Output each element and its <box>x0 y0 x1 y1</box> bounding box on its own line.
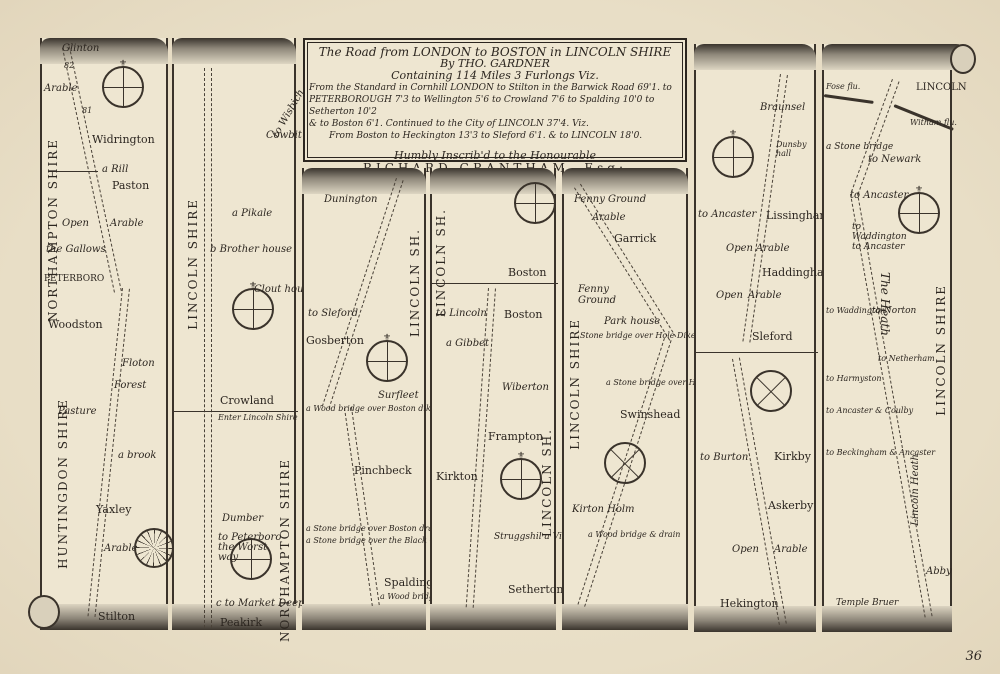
place-label: Stone bridge over Hole Dike <box>580 331 696 340</box>
strip-7: ⚜ Fose flu. LINCOLN Witham flu. a Stone … <box>822 44 952 632</box>
place-label: Wiberton <box>502 382 549 393</box>
place-label: to Burton <box>700 452 748 463</box>
compass-rose-icon: ⚜ <box>500 458 542 500</box>
scroll-top <box>302 168 426 194</box>
page-number: 36 <box>965 649 982 664</box>
scroll-bottom <box>562 604 688 630</box>
town-label: Frampton <box>488 430 543 443</box>
place-label: a Stone bridge <box>826 142 893 152</box>
city-label: LINCOLN <box>916 82 967 93</box>
place-label: Dumber <box>222 513 263 524</box>
section-divider <box>432 283 558 284</box>
compass-rose-icon: ⚜ <box>366 340 408 382</box>
town-label: Widrington <box>92 133 155 146</box>
town-label: Stilton <box>98 610 135 623</box>
place-label: Enter Lincoln Shire <box>218 413 298 422</box>
town-label: Yaxley <box>96 503 131 516</box>
strip-4: ⚜ Boston to Lincoln Boston a Gibbet Wibe… <box>430 168 556 630</box>
place-label: Forest <box>114 380 146 391</box>
place-label: Open <box>732 544 759 555</box>
road <box>344 407 380 606</box>
county-label: LINCOLN SH. <box>540 428 554 537</box>
place-label: b Brother house <box>210 244 292 255</box>
town-label: Setherton <box>508 583 563 596</box>
scroll-end-roll <box>950 44 976 74</box>
place-label: to Sleford <box>308 308 358 319</box>
county-label: NORTHAMPTON SHIRE <box>278 458 292 642</box>
scroll-top <box>40 38 168 64</box>
wind-rose-icon <box>134 528 174 568</box>
compass-rose-icon <box>595 433 654 492</box>
town-label: Hekington <box>720 597 779 610</box>
route-detail-1: From the Standard in Cornhill LONDON to … <box>305 82 685 94</box>
road <box>204 68 212 628</box>
scroll-end-roll <box>28 595 60 629</box>
town-label: Sleford <box>752 330 793 343</box>
place-label: a Pikale <box>232 208 272 219</box>
compass-rose-icon <box>741 361 800 420</box>
road <box>466 288 496 608</box>
place-label: a Wood bridge over Boston dike <box>306 404 436 413</box>
town-label: Crowland <box>220 394 274 407</box>
route-detail-2: PETERBOROUGH 7'3 to Wellington 5'6 to Cr… <box>305 94 685 118</box>
town-label: Spalding <box>384 576 433 589</box>
route-detail-4: From Boston to Heckington 13'3 to Slefor… <box>305 130 685 142</box>
place-label: to Ancaster & Coulby <box>826 406 913 415</box>
county-label: LINCOLN SHIRE <box>934 284 948 416</box>
place-label: a Wood bridge & drain <box>588 530 680 539</box>
town-label: Garrick <box>614 232 656 245</box>
strip-5: Fenny Ground Arable Garrick Fenny Ground… <box>562 168 688 630</box>
place-label: Park house <box>604 316 660 327</box>
scroll-top <box>822 44 970 70</box>
town-label: Lissingham <box>766 209 830 222</box>
place-label: a Rill <box>102 164 128 175</box>
place-label: Fenny Ground <box>574 194 646 205</box>
strip-3: ⚜ Dunington to Sleford Gosberton Surflee… <box>302 168 426 630</box>
fose-river <box>824 94 874 104</box>
place-label: Kirton Holm <box>572 504 635 515</box>
place-label: Open <box>62 218 89 229</box>
place-label: Fose flu. <box>826 82 860 91</box>
place-label: Arable <box>592 212 625 223</box>
county-label: HUNTINGDON SHIRE <box>56 398 70 569</box>
town-label: Kirkby <box>774 450 811 463</box>
place-label: Open <box>726 243 753 254</box>
place-label: Arable <box>104 543 137 554</box>
town-label: Boston <box>504 308 542 321</box>
town-label: Pinchbeck <box>354 464 412 477</box>
strip-6: ⚜ Braunsel Dunsby hall to Ancaster Lissi… <box>694 44 816 632</box>
place-label: a brook <box>118 450 156 461</box>
place-label: Arable <box>748 290 781 301</box>
place-label: to Ancaster <box>850 190 908 201</box>
place-label: Arable <box>756 243 789 254</box>
scroll-bottom <box>822 606 952 632</box>
heath-label: Lincoln Heath <box>910 454 921 526</box>
county-label: LINCOLN SHIRE <box>186 198 200 330</box>
county-label: NORTHAMPTON SHIRE <box>46 138 60 322</box>
place-label: Surfleet <box>378 390 419 401</box>
road <box>851 79 900 194</box>
town-label: Boston <box>508 266 546 279</box>
place-label: Arable <box>774 544 807 555</box>
town-label: Paston <box>112 179 149 192</box>
mile-marker: 82 <box>64 61 74 70</box>
compass-rose-icon <box>514 182 556 224</box>
place-label: Open <box>716 290 743 301</box>
town-label: Peakirk <box>220 616 262 629</box>
place-label: Braunsel <box>760 102 805 113</box>
place-label: to Harmyston <box>826 374 882 383</box>
place-label: Temple Bruer <box>836 598 898 608</box>
place-label: a Stone bridge over the Black Graft <box>306 536 451 545</box>
map-distance: Containing 114 Miles 3 Furlongs Viz. <box>305 70 685 82</box>
heath-label: The Heath <box>878 272 892 336</box>
place-label: Dunington <box>324 194 377 205</box>
strip-2: ⚜ to Wisbich Cowbit a Pikale b Brother h… <box>172 38 296 630</box>
mile-marker: 81 <box>82 106 92 115</box>
county-label: LINCOLN SHIRE <box>568 318 582 450</box>
county-label: LINCOLN SH. <box>434 208 448 317</box>
town-label: Gosberton <box>306 334 364 347</box>
compass-rose-icon: ⚜ <box>102 66 144 108</box>
place-label: Witham flu. <box>910 118 957 127</box>
place-label: Glinton <box>62 43 99 54</box>
town-label: Swinshead <box>620 408 680 421</box>
place-label: to Norton <box>872 306 916 316</box>
place-label: to Newark <box>868 154 921 165</box>
place-label: to Ancaster <box>698 209 756 220</box>
scroll-bottom <box>302 604 426 630</box>
place-label: to Waddington to Ancaster <box>852 222 912 252</box>
place-label: Abby <box>926 566 952 577</box>
town-label: Kirkton <box>436 470 478 483</box>
title-cartouche: The Road from LONDON to BOSTON in LINCOL… <box>303 38 687 162</box>
place-label: Arable <box>110 218 143 229</box>
section-divider <box>696 352 818 353</box>
place-label: Dunsby hall <box>776 140 812 158</box>
town-label: Askerby <box>768 499 813 512</box>
place-label: Fenny Ground <box>578 284 628 306</box>
scroll-top <box>694 44 816 70</box>
place-label: Cowbit <box>266 130 302 141</box>
scroll-bottom <box>430 604 556 630</box>
strip-1: ⚜ Glinton 82 Arable 81 Widrington a Rill… <box>40 38 168 630</box>
place-label: to Netherham <box>878 354 935 363</box>
route-detail-3: & to Boston 6'1. Continued to the City o… <box>305 118 685 130</box>
place-label: Struggshil a Vill <box>494 532 568 542</box>
place-label: Arable <box>44 83 77 94</box>
place-label: a Gibbet <box>446 338 489 349</box>
county-boundary <box>174 411 298 412</box>
compass-rose-icon: ⚜ <box>712 136 754 178</box>
place-label: a Stone bridge over Boston drain <box>306 524 441 533</box>
scroll-top <box>172 38 296 64</box>
county-label: LINCOLN SH. <box>408 228 422 337</box>
place-label: Floton <box>122 358 155 369</box>
